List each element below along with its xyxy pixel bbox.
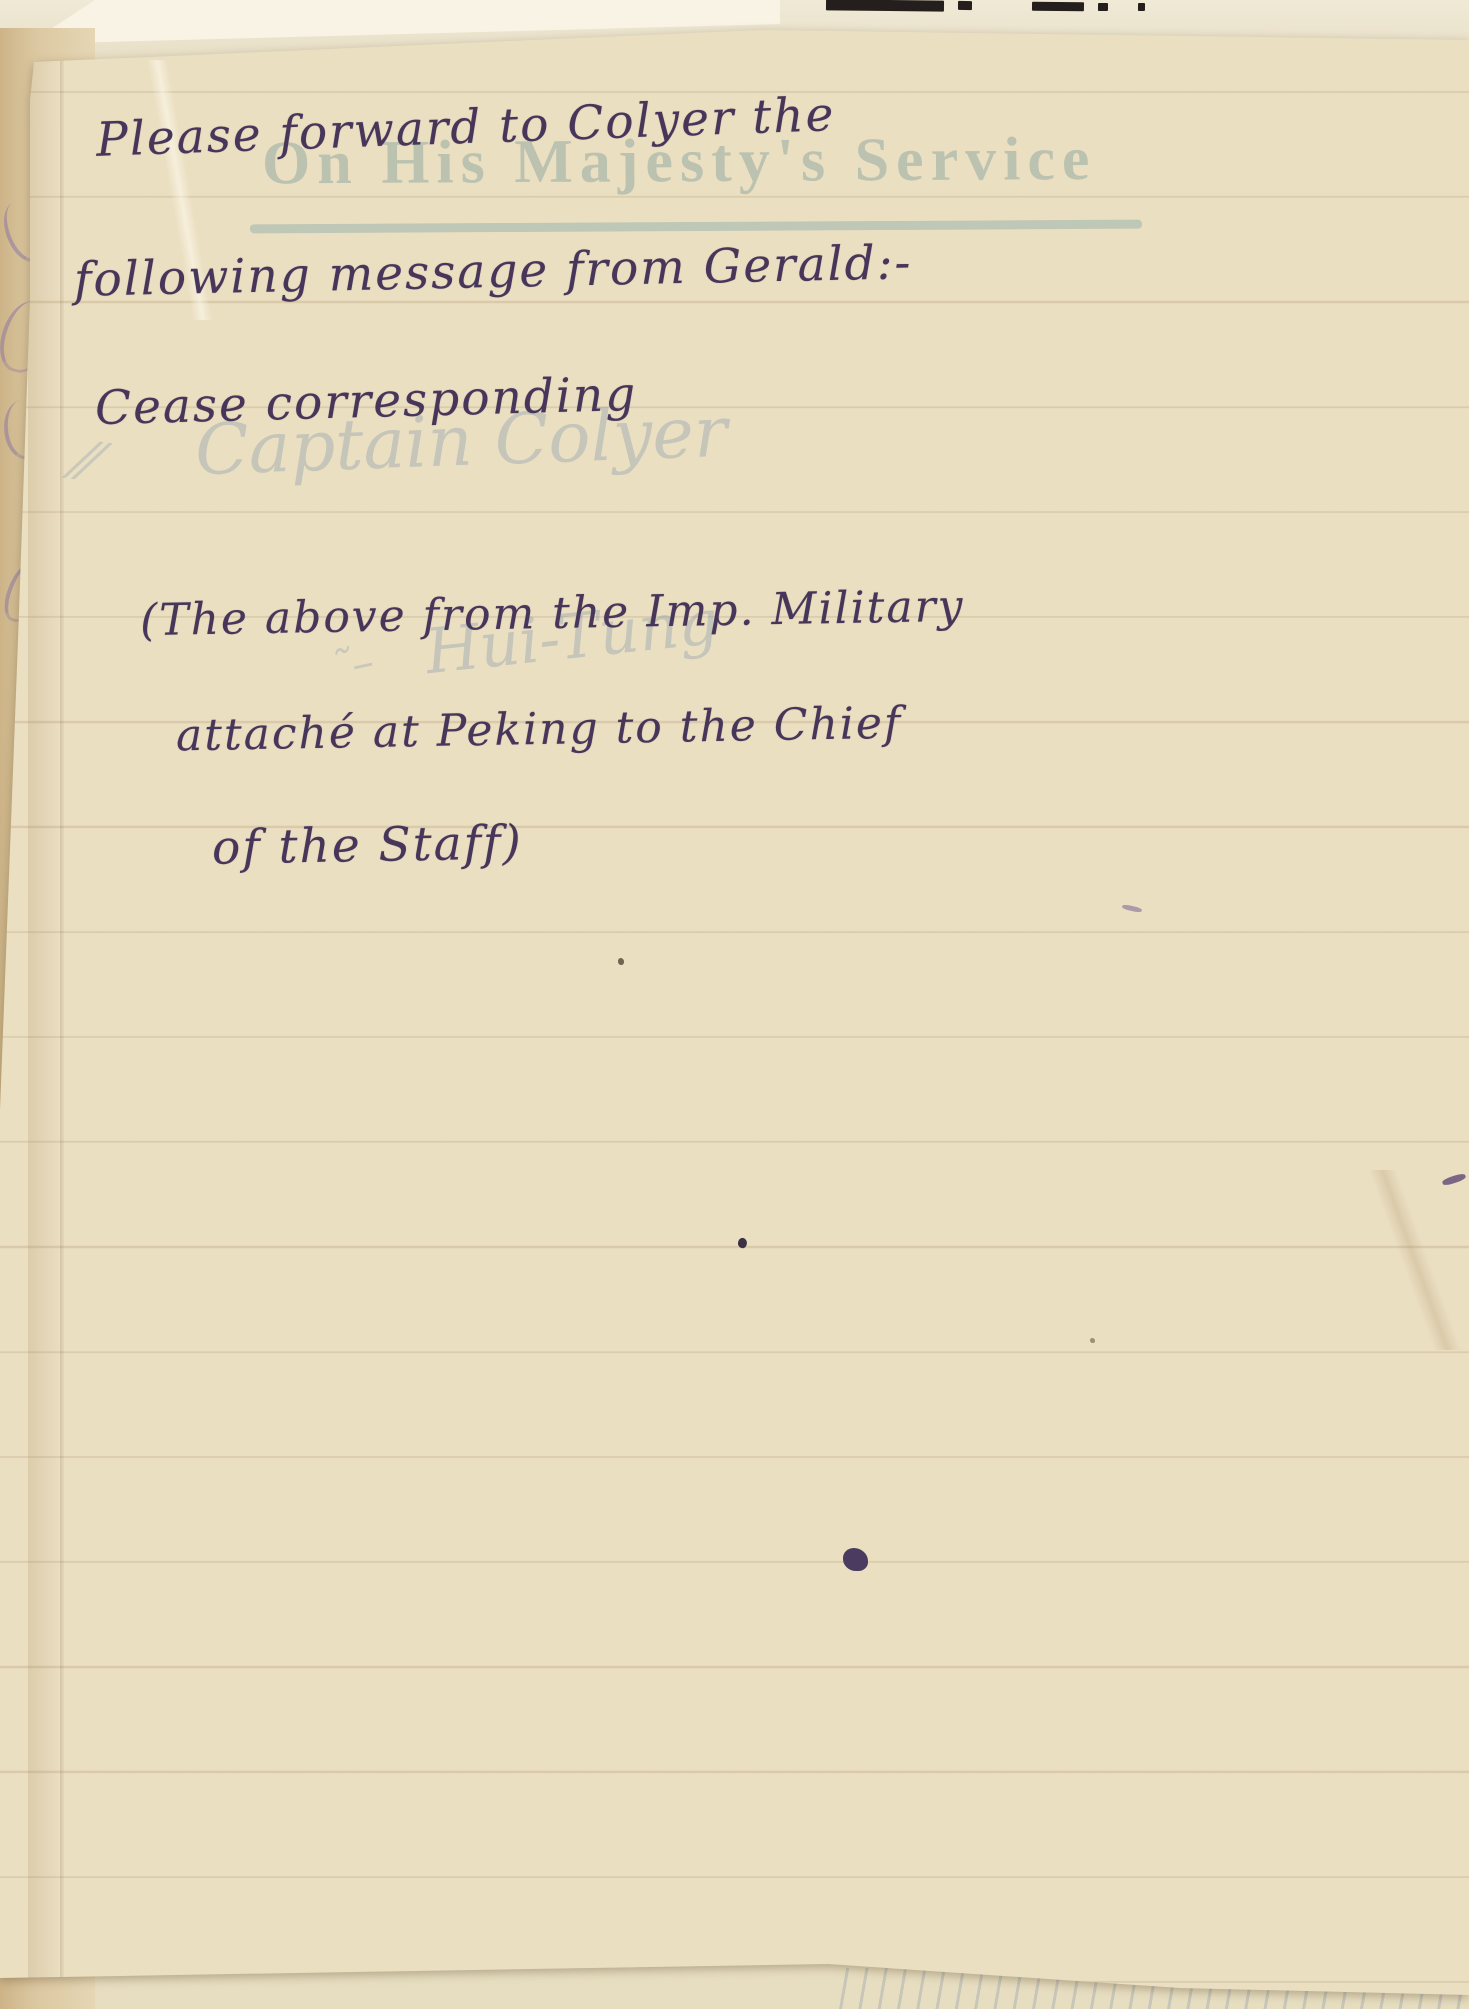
main-page-wrapper: On His Majesty's Service Captain Colyer … [0,0,1469,2009]
paper-sheet: On His Majesty's Service Captain Colyer … [0,0,1469,2009]
right-crease [1360,1170,1469,1350]
left-edge-shading [28,40,62,1990]
handwriting-line-6: of the Staff) [212,815,524,875]
document-scan: On His Majesty's Service Captain Colyer … [0,0,1469,2009]
paper-speck [618,958,624,965]
left-fold-line [60,40,64,1980]
paper-speck [1090,1338,1095,1343]
ink-blot [843,1548,868,1571]
